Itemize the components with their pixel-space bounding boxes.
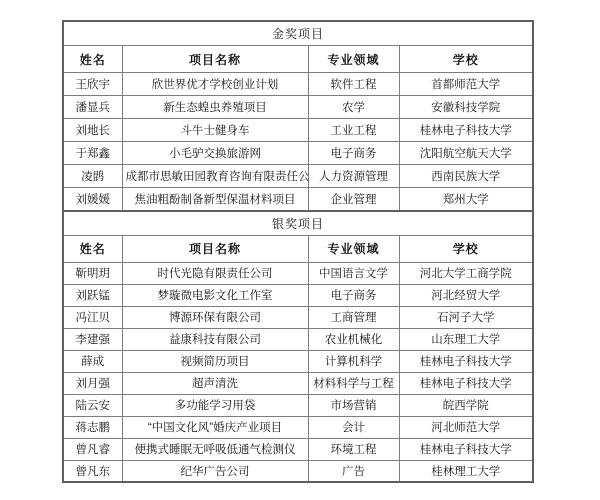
table-cell: 欣世界优才学校创业计划 [122, 73, 308, 96]
column-header-school: 学校 [399, 46, 533, 73]
column-header-name: 姓名 [63, 46, 122, 73]
table-cell: 博源环保有限公司 [122, 306, 308, 328]
table-cell: 刘跃锰 [63, 284, 122, 306]
table-row: 刘跃锰梦璇微电影文化工作室电子商务河北经贸大学 [63, 284, 533, 306]
table-cell: 农业机械化 [308, 328, 399, 350]
table-row: 潘显兵新生态蝗虫养殖项目农学安徽科技学院 [63, 96, 533, 119]
table-cell: 安徽科技学院 [399, 96, 533, 119]
table-cell: 纪华广告公司 [122, 460, 308, 482]
table-row: 刘月强超声清洗材料科学与工程桂林电子科技大学 [63, 372, 533, 394]
table-row: 凌鹍成都市思敏田园教育咨询有限责任公司人力资源管理西南民族大学 [63, 165, 533, 188]
table-cell: 多功能学习用袋 [122, 394, 308, 416]
table-cell: 山东理工大学 [399, 328, 533, 350]
table-cell: 靳明玥 [63, 262, 122, 284]
table-cell: 曾凡睿 [63, 438, 122, 460]
table-cell: 超声清洗 [122, 372, 308, 394]
table-cell: 计算机科学 [308, 350, 399, 372]
gold-table-header-row: 姓名 项目名称 专业领域 学校 [63, 46, 533, 73]
award-tables-container: 金奖项目 姓名 项目名称 专业领域 学校 王欣宇欣世界优才学校创业计划软件工程首… [62, 20, 532, 483]
table-row: 靳明玥时代光隐有限责任公司中国语言文学河北大学工商学院 [63, 262, 533, 284]
table-cell: 益康科技有限公司 [122, 328, 308, 350]
table-cell: 中国语言文学 [308, 262, 399, 284]
table-cell: 桂林理工大学 [399, 460, 533, 482]
table-row: 曾凡睿便携式睡眠无呼吸低通气检测仪环境工程桂林电子科技大学 [63, 438, 533, 460]
table-cell: 石河子大学 [399, 306, 533, 328]
table-cell: 焦油粗酚制备新型保温材料项目 [122, 188, 308, 211]
table-cell: 新生态蝗虫养殖项目 [122, 96, 308, 119]
table-cell: 广告 [308, 460, 399, 482]
table-cell: 成都市思敏田园教育咨询有限责任公司 [122, 165, 308, 188]
table-cell: 斗牛士健身车 [122, 119, 308, 142]
gold-table-title-row: 金奖项目 [63, 21, 533, 46]
table-row: 王欣宇欣世界优才学校创业计划软件工程首都师范大学 [63, 73, 533, 96]
table-row: 刘地长斗牛士健身车工业工程桂林电子科技大学 [63, 119, 533, 142]
gold-table-body: 王欣宇欣世界优才学校创业计划软件工程首都师范大学潘显兵新生态蝗虫养殖项目农学安徽… [63, 73, 533, 211]
silver-award-table: 银奖项目 姓名 项目名称 专业领域 学校 靳明玥时代光隐有限责任公司中国语言文学… [62, 210, 534, 484]
column-header-field: 专业领域 [308, 46, 399, 73]
column-header-school: 学校 [399, 235, 533, 262]
silver-table-header-row: 姓名 项目名称 专业领域 学校 [63, 235, 533, 262]
table-cell: “中国文化风”婚庆产业项目 [122, 416, 308, 438]
table-cell: 桂林电子科技大学 [399, 350, 533, 372]
document-page: 金奖项目 姓名 项目名称 专业领域 学校 王欣宇欣世界优才学校创业计划软件工程首… [0, 0, 600, 500]
table-cell: 梦璇微电影文化工作室 [122, 284, 308, 306]
column-header-field: 专业领域 [308, 235, 399, 262]
table-cell: 材料科学与工程 [308, 372, 399, 394]
column-header-project: 项目名称 [122, 235, 308, 262]
table-cell: 王欣宇 [63, 73, 122, 96]
table-cell: 环境工程 [308, 438, 399, 460]
table-cell: 沈阳航空航天大学 [399, 142, 533, 165]
table-cell: 企业管理 [308, 188, 399, 211]
table-cell: 电子商务 [308, 142, 399, 165]
table-cell: 郑州大学 [399, 188, 533, 211]
table-cell: 河北经贸大学 [399, 284, 533, 306]
table-cell: 工商管理 [308, 306, 399, 328]
table-row: 于郑鑫小毛驴交换旅游网电子商务沈阳航空航天大学 [63, 142, 533, 165]
silver-table-body: 靳明玥时代光隐有限责任公司中国语言文学河北大学工商学院刘跃锰梦璇微电影文化工作室… [63, 262, 533, 482]
column-header-name: 姓名 [63, 235, 122, 262]
table-cell: 薛成 [63, 350, 122, 372]
table-cell: 刘月强 [63, 372, 122, 394]
table-cell: 时代光隐有限责任公司 [122, 262, 308, 284]
table-cell: 市场营销 [308, 394, 399, 416]
table-cell: 电子商务 [308, 284, 399, 306]
gold-award-table: 金奖项目 姓名 项目名称 专业领域 学校 王欣宇欣世界优才学校创业计划软件工程首… [62, 20, 534, 212]
table-cell: 曾凡东 [63, 460, 122, 482]
table-cell: 刘地长 [63, 119, 122, 142]
table-row: 薛成视频简历项目计算机科学桂林电子科技大学 [63, 350, 533, 372]
table-cell: 人力资源管理 [308, 165, 399, 188]
table-cell: 李建强 [63, 328, 122, 350]
table-cell: 河北大学工商学院 [399, 262, 533, 284]
table-cell: 便携式睡眠无呼吸低通气检测仪 [122, 438, 308, 460]
table-cell: 桂林电子科技大学 [399, 438, 533, 460]
table-cell: 工业工程 [308, 119, 399, 142]
table-cell: 冯江贝 [63, 306, 122, 328]
table-cell: 视频简历项目 [122, 350, 308, 372]
table-cell: 农学 [308, 96, 399, 119]
table-cell: 皖西学院 [399, 394, 533, 416]
table-cell: 陆云安 [63, 394, 122, 416]
table-cell: 软件工程 [308, 73, 399, 96]
table-row: 李建强益康科技有限公司农业机械化山东理工大学 [63, 328, 533, 350]
table-row: 冯江贝博源环保有限公司工商管理石河子大学 [63, 306, 533, 328]
table-row: 陆云安多功能学习用袋市场营销皖西学院 [63, 394, 533, 416]
table-cell: 西南民族大学 [399, 165, 533, 188]
table-cell: 蒋志鹏 [63, 416, 122, 438]
table-cell: 小毛驴交换旅游网 [122, 142, 308, 165]
table-cell: 于郑鑫 [63, 142, 122, 165]
silver-table-title: 银奖项目 [63, 211, 533, 236]
table-cell: 会计 [308, 416, 399, 438]
table-cell: 河北师范大学 [399, 416, 533, 438]
table-cell: 桂林电子科技大学 [399, 372, 533, 394]
table-cell: 潘显兵 [63, 96, 122, 119]
table-cell: 刘媛媛 [63, 188, 122, 211]
table-cell: 凌鹍 [63, 165, 122, 188]
table-row: 曾凡东纪华广告公司广告桂林理工大学 [63, 460, 533, 482]
column-header-project: 项目名称 [122, 46, 308, 73]
table-cell: 桂林电子科技大学 [399, 119, 533, 142]
gold-table-title: 金奖项目 [63, 21, 533, 46]
table-row: 蒋志鹏“中国文化风”婚庆产业项目会计河北师范大学 [63, 416, 533, 438]
silver-table-title-row: 银奖项目 [63, 211, 533, 236]
table-row: 刘媛媛焦油粗酚制备新型保温材料项目企业管理郑州大学 [63, 188, 533, 211]
table-cell: 首都师范大学 [399, 73, 533, 96]
